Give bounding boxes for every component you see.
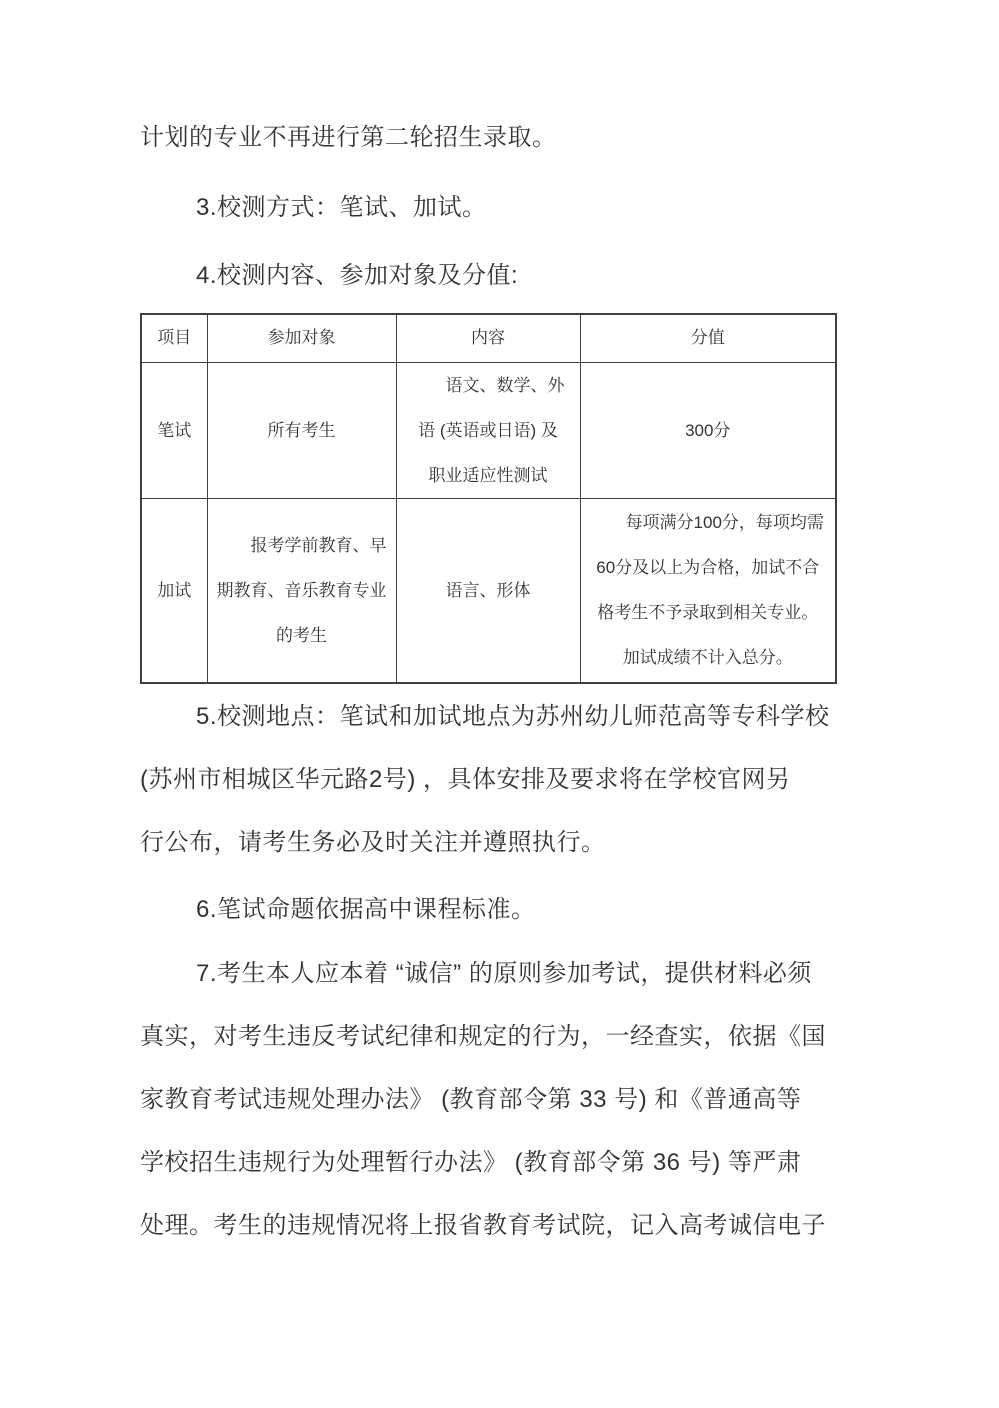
cell-content: 语文、数学、外 语 (英语或日语) 及 职业适应性测试 [396, 362, 580, 498]
cell-participants: 报考学前教育、早 期教育、音乐教育专业 的考生 [207, 498, 396, 683]
column-header-content: 内容 [396, 314, 580, 362]
exam-schedule-table: 项目 参加对象 内容 分值 笔试 所有考生 语文、数学、外 语 (英语或日语) … [140, 313, 837, 684]
paragraph-continuation: 计划的专业不再进行第二轮招生录取。 [140, 106, 860, 169]
table-row: 加试 报考学前教育、早 期教育、音乐教育专业 的考生 语言、形体 每项满分100… [141, 498, 836, 683]
paragraph-item-7: 7.考生本人应本着 “诚信” 的原则参加考试，提供材料必须 真实，对考生违反考试… [140, 942, 860, 1257]
paragraph-item-6: 6.笔试命题依据高中课程标准。 [140, 878, 860, 941]
paragraph-item-3: 3.校测方式：笔试、加试。 [140, 176, 860, 239]
cell-content: 语言、形体 [396, 498, 580, 683]
column-header-item: 项目 [141, 314, 207, 362]
table-header-row: 项目 参加对象 内容 分值 [141, 314, 836, 362]
cell-item: 笔试 [141, 362, 207, 498]
cell-score: 每项满分100分，每项均需 60分及以上为合格，加试不合 格考生不予录取到相关专… [580, 498, 836, 683]
document-body: 计划的专业不再进行第二轮招生录取。 3.校测方式：笔试、加试。 4.校测内容、参… [140, 106, 860, 1257]
cell-participants: 所有考生 [207, 362, 396, 498]
paragraph-item-4: 4.校测内容、参加对象及分值: [140, 244, 860, 307]
column-header-participants: 参加对象 [207, 314, 396, 362]
paragraph-item-5: 5.校测地点：笔试和加试地点为苏州幼儿师范高等专科学校 (苏州市相城区华元路2号… [140, 685, 860, 874]
column-header-score: 分值 [580, 314, 836, 362]
cell-score: 300分 [580, 362, 836, 498]
cell-item: 加试 [141, 498, 207, 683]
document-page: 计划的专业不再进行第二轮招生录取。 3.校测方式：笔试、加试。 4.校测内容、参… [0, 0, 999, 1408]
table-row: 笔试 所有考生 语文、数学、外 语 (英语或日语) 及 职业适应性测试 300分 [141, 362, 836, 498]
